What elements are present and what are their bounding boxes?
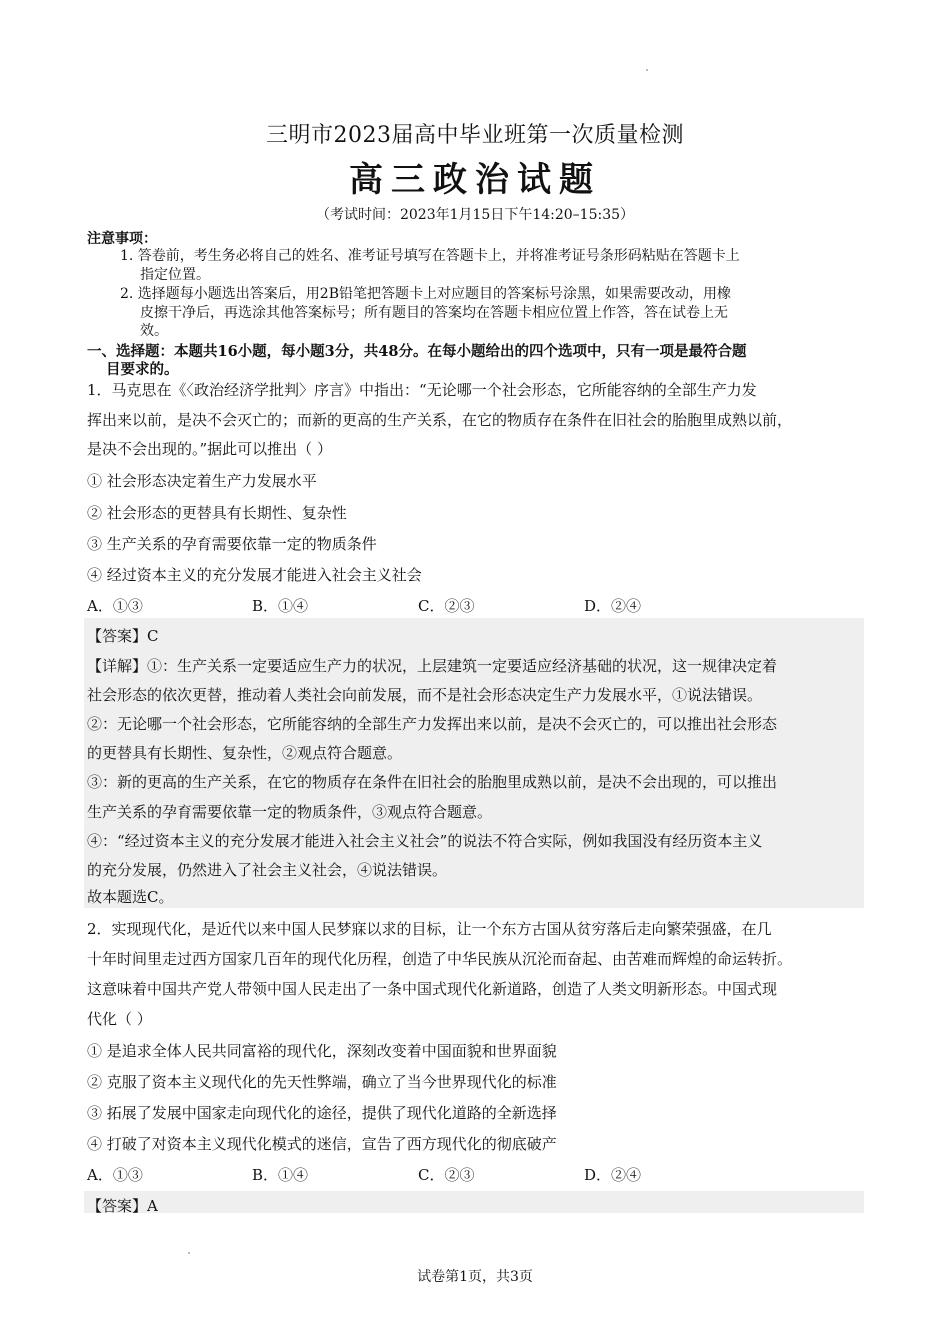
question-2-answer-box	[84, 1191, 864, 1213]
notice-line: 指定位置。	[140, 264, 210, 284]
section-heading: 一、选择题：本题共16小题，每小题3分，共48分。在每小题给出的四个选项中，只有…	[87, 340, 746, 361]
question-1-option: ③ 生产关系的孕育需要依靠一定的物质条件	[87, 533, 377, 554]
question-2-stem: 2．实现现代化，是近代以来中国人民梦寐以求的目标，让一个东方古国从贫穷落后走向繁…	[87, 918, 772, 939]
question-2-option: ① 是追求全体人民共同富裕的现代化，深刻改变着中国面貌和世界面貌	[87, 1040, 557, 1061]
question-2-option: ④ 打破了对资本主义现代化模式的迷信，宣告了西方现代化的彻底破产	[87, 1133, 557, 1154]
question-2-answer: 【答案】A	[87, 1195, 158, 1216]
question-1-choice-b: B．①④	[252, 595, 308, 616]
question-1-choice-a: A．①③	[87, 595, 143, 616]
question-2-choice-c: C．②③	[418, 1164, 474, 1185]
question-2-choice-b: B．①④	[252, 1164, 308, 1185]
question-1-choice-c: C．②③	[418, 595, 474, 616]
notice-line: 2. 选择题每小题选出答案后，用2B铅笔把答题卡上对应题目的答案标号涂黑，如果需…	[120, 283, 731, 303]
question-1-answer: 【答案】C	[87, 625, 158, 646]
question-2-stem: 十年时间里走过西方国家几百年的现代化历程，创造了中华民族从沉沦而奋起、由苦难而辉…	[87, 948, 792, 969]
question-1-explanation: 的充分发展，仍然进入了社会主义社会，④说法错误。	[87, 859, 447, 880]
question-1-explanation: ②：无论哪一个社会形态，它所能容纳的全部生产力发挥出来以前，是决不会灭亡的，可以…	[87, 713, 777, 734]
question-2-option: ③ 拓展了发展中国家走向现代化的途径，提供了现代化道路的全新选择	[87, 1102, 557, 1123]
exam-time: （考试时间：2023年1月15日下午14:20–15:35）	[0, 204, 950, 224]
page-mark	[646, 69, 648, 71]
question-1-explanation: 生产关系的孕育需要依靠一定的物质条件，③观点符合题意。	[87, 801, 492, 822]
question-2-stem: 代化（ ）	[87, 1008, 152, 1029]
notice-line: 效。	[140, 320, 168, 340]
question-2-option: ② 克服了资本主义现代化的先天性弊端，确立了当今世界现代化的标准	[87, 1071, 557, 1092]
question-1-stem: 1．马克思在《〈政治经济学批判〉序言》中指出：“无论哪一个社会形态，它所能容纳的…	[87, 379, 757, 400]
question-1-explanation: 的更替具有长期性、复杂性，②观点符合题意。	[87, 742, 402, 763]
question-1-explanation: ③：新的更高的生产关系，在它的物质存在条件在旧社会的胎胞里成熟以前，是决不会出现…	[87, 771, 777, 792]
question-1-explanation: ④：“经过资本主义的充分发展才能进入社会主义社会”的说法不符合实际，例如我国没有…	[87, 830, 762, 851]
question-1-option: ④ 经过资本主义的充分发展才能进入社会主义社会	[87, 564, 422, 585]
question-1-stem: 挥出来以前，是决不会灭亡的；而新的更高的生产关系，在它的物质存在条件在旧社会的胎…	[87, 409, 792, 430]
question-1-choice-d: D．②④	[584, 595, 641, 616]
question-2-choice-d: D．②④	[584, 1164, 641, 1185]
question-2-choice-a: A．①③	[87, 1164, 143, 1185]
question-1-explanation: 社会形态的依次更替，推动着人类社会向前发展，而不是社会形态决定生产力发展水平，①…	[87, 684, 762, 705]
section-heading: 目要求的。	[106, 358, 179, 379]
exam-page: 三明市2023届高中毕业班第一次质量检测 高三政治试题 （考试时间：2023年1…	[0, 0, 950, 1344]
page-mark	[188, 1252, 190, 1254]
question-1-explanation: 故本题选C。	[87, 886, 173, 907]
question-1-stem: 是决不会出现的。”据此可以推出（ ）	[87, 438, 332, 459]
exam-sub-title: 三明市2023届高中毕业班第一次质量检测	[0, 118, 950, 149]
question-1-option: ① 社会形态决定着生产力发展水平	[87, 470, 317, 491]
question-2-stem: 这意味着中国共产党人带领中国人民走出了一条中国式现代化新道路，创造了人类文明新形…	[87, 978, 777, 999]
notice-line: 1. 答卷前，考生务必将自己的姓名、准考证号填写在答题卡上，并将准考证号条形码粘…	[120, 245, 740, 265]
question-1-explanation: 【详解】①：生产关系一定要适应生产力的状况，上层建筑一定要适应经济基础的状况，这…	[87, 655, 777, 676]
exam-main-title: 高三政治试题	[0, 152, 950, 201]
page-number: 试卷第1页，共3页	[0, 1266, 950, 1286]
notice-line: 皮擦干净后，再选涂其他答案标号；所有题目的答案均在答题卡相应位置上作答，答在试卷…	[140, 302, 728, 322]
question-1-option: ② 社会形态的更替具有长期性、复杂性	[87, 502, 347, 523]
